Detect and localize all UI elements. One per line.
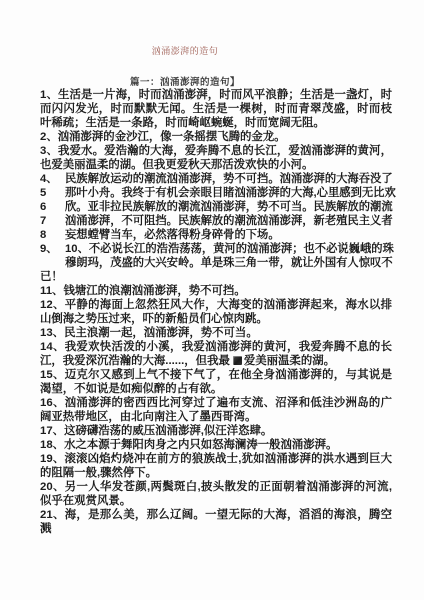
numbered-line-row: 穆朗玛，茂盛的大兴安岭。单是珠三角一带，就让外国有人惊叹不 bbox=[40, 256, 392, 270]
items-group-1: 1、生活是一片海，时而汹涌澎湃，时而风平浪静；生活是一盏灯，时而闪闪发光，时而默… bbox=[40, 88, 392, 172]
numbered-line-block: 4、民族解放运动的潮流汹涌澎湃，势不可挡。汹涌澎湃的大海吞没了5那叶小舟。我终于… bbox=[40, 172, 392, 270]
item-text: 生活是一片海，时而汹涌澎湃，时而风平浪静；生活是一盏灯，时而闪闪发光，时而默默无… bbox=[40, 89, 392, 129]
items-group-2: 11、钱塘江的浪潮汹涌澎湃，势不可挡。12、平静的海面上忽然狂风大作，大海变的汹… bbox=[40, 284, 392, 536]
item-number: 16、 bbox=[40, 397, 65, 409]
row-text: 穆朗玛，茂盛的大兴安岭。单是珠三角一带，就让外国有人惊叹不 bbox=[65, 256, 393, 270]
section-heading: 篇一：汹涌澎湃的造句】 bbox=[0, 74, 370, 88]
item-text: 平静的海面上忽然狂风大作，大海变的汹涌澎湃起来，海水以排山倒海之势压过来，吓的新… bbox=[40, 299, 392, 325]
sentence-item: 17、这磅礴浩荡的威压汹涌澎湃,似汪洋恣肆。 bbox=[40, 424, 392, 438]
item-number: 12、 bbox=[40, 299, 65, 311]
sentence-item: 12、平静的海面上忽然狂风大作，大海变的汹涌澎湃起来，海水以排山倒海之势压过来，… bbox=[40, 298, 392, 326]
row-text: 那叶小舟。我终于有机会亲眼目睹汹涌澎湃的大海,心里感到无比欢 bbox=[65, 186, 396, 200]
sentence-item: 15、迈克尔又感到上气不接下气了，在他全身汹涌澎湃的，与其说是渴望，不如说是如痴… bbox=[40, 368, 392, 396]
row-number: 9、 bbox=[40, 242, 65, 256]
sentence-item: 1、生活是一片海，时而汹涌澎湃，时而风平浪静；生活是一盏灯，时而闪闪发光，时而默… bbox=[40, 88, 392, 130]
sentence-item: 14、我爱欢快活泼的小溪，我爱汹涌澎湃的黄河，我爱奔腾不息的长江，我爱深沉浩瀚的… bbox=[40, 340, 392, 368]
item-number: 17、 bbox=[40, 425, 64, 437]
item-text: 钱塘江的浪潮汹涌澎湃，势不可挡。 bbox=[63, 285, 245, 297]
item-number: 2、 bbox=[40, 131, 58, 143]
numbered-line-row: 9、10、不必说长江的浩浩荡荡，黄河的汹涌澎湃；也不必说巍峨的珠 bbox=[40, 242, 392, 256]
numbered-line-row: 7汹涌澎湃，不可阻挡。民族解放的潮流汹涌澎湃，新老殖民主义者 bbox=[40, 214, 392, 228]
row-text: 10、不必说长江的浩浩荡荡，黄河的汹涌澎湃；也不必说巍峨的珠 bbox=[65, 242, 394, 256]
item-number: 11、 bbox=[40, 285, 63, 297]
item-text: 迈克尔又感到上气不接下气了，在他全身汹涌澎湃的，与其说是渴望，不如说是如痴似醉的… bbox=[40, 369, 392, 395]
sentence-item: 20、另一人华发苍颜,两鬓斑白,披头散发的正面朝着汹涌澎湃的河流,似乎在观赏风景… bbox=[40, 480, 392, 508]
document-header: 汹涌澎湃的造句 篇一：汹涌澎湃的造句】 bbox=[0, 0, 370, 88]
tail-line: 已！ bbox=[40, 270, 392, 284]
item-number: 13、 bbox=[40, 327, 64, 339]
row-number: 7 bbox=[40, 214, 65, 228]
row-text: 汹涌澎湃，不可阻挡。民族解放的潮流汹涌澎湃，新老殖民主义者 bbox=[65, 214, 393, 228]
item-number: 1、 bbox=[40, 89, 58, 101]
item-number: 15、 bbox=[40, 369, 65, 381]
item-number: 19、 bbox=[40, 453, 64, 465]
item-text: 这磅礴浩荡的威压汹涌澎湃,似汪洋恣肆。 bbox=[64, 425, 272, 437]
item-number: 21、 bbox=[40, 509, 65, 521]
sentence-item: 16、汹涌澎湃的密西西比河穿过了遍布支流、沼泽和低洼沙洲岛的广阔亚热带地区，由北… bbox=[40, 396, 392, 424]
item-number: 20、 bbox=[40, 481, 65, 493]
item-text: 另一人华发苍颜,两鬓斑白,披头散发的正面朝着汹涌澎湃的河流,似乎在观赏风景。 bbox=[40, 481, 392, 507]
item-number: 14、 bbox=[40, 341, 65, 353]
numbered-line-row: 5那叶小舟。我终于有机会亲眼目睹汹涌澎湃的大海,心里感到无比欢 bbox=[40, 186, 392, 200]
item-text: 滚滚凶焰灼烧冲在前方的狼族战士,犹如汹涌澎湃的洪水遇到巨大的阻隔一般,骤然停下。 bbox=[40, 453, 392, 479]
sentence-item: 21、海，是那么美，那么辽阔。一望无际的大海，滔滔的海浪，腾空溅 bbox=[40, 508, 392, 536]
item-number: 3、 bbox=[40, 145, 58, 157]
row-number: 5 bbox=[40, 186, 65, 200]
sentence-item: 2、汹涌澎湃的金沙江，像一条摇摆飞腾的金龙。 bbox=[40, 130, 392, 144]
row-text: 妄想螳臂当车，必然落得粉身碎骨的下场。 bbox=[65, 228, 392, 242]
item-number: 18、 bbox=[40, 439, 64, 451]
numbered-line-row: 4、民族解放运动的潮流汹涌澎湃，势不可挡。汹涌澎湃的大海吞没了 bbox=[40, 172, 392, 186]
item-text-after-icon: 爱美丽温柔的湖。 bbox=[244, 355, 335, 367]
row-number: 6 bbox=[40, 200, 65, 214]
document-page: 汹涌澎湃的造句 篇一：汹涌澎湃的造句】 1、生活是一片海，时而汹涌澎湃，时而风平… bbox=[0, 0, 424, 600]
row-text: 民族解放运动的潮流汹涌澎湃，势不可挡。汹涌澎湃的大海吞没了 bbox=[65, 172, 393, 186]
doc-title: 汹涌澎湃的造句 bbox=[0, 0, 370, 57]
item-text: 民主浪潮一起，汹涌澎湃，势不可当。 bbox=[64, 327, 258, 339]
item-text: 我爱水。爱浩瀚的大海，爱奔腾不息的长江，爱汹涌澎湃的黄河，也爱美丽温柔的湖。但我… bbox=[40, 145, 392, 171]
row-text: 欣。亚非拉民族解放的潮流汹涌澎湃，势不可当。民族解放的潮流 bbox=[65, 200, 393, 214]
doc-body: 1、生活是一片海，时而汹涌澎湃，时而风平浪静；生活是一盏灯，时而闪闪发光，时而默… bbox=[40, 88, 392, 536]
row-number: 8 bbox=[40, 228, 65, 242]
item-text: 水之本源于舞阳肉身之内只如怒海澜涛一般汹涌澎湃。 bbox=[64, 439, 337, 451]
item-text: 汹涌澎湃的密西西比河穿过了遍布支流、沼泽和低洼沙洲岛的广阔亚热带地区，由北向南注… bbox=[40, 397, 392, 423]
item-text: 汹涌澎湃的金沙江，像一条摇摆飞腾的金龙。 bbox=[58, 131, 286, 143]
numbered-line-row: 8妄想螳臂当车，必然落得粉身碎骨的下场。 bbox=[40, 228, 392, 242]
item-text: 我爱欢快活泼的小溪，我爱汹涌澎湃的黄河，我爱奔腾不息的长江，我爱深沉浩瀚的大海.… bbox=[40, 341, 392, 367]
sentence-item: 3、我爱水。爱浩瀚的大海，爱奔腾不息的长江，爱汹涌澎湃的黄河，也爱美丽温柔的湖。… bbox=[40, 144, 392, 172]
sentence-item: 11、钱塘江的浪潮汹涌澎湃，势不可挡。 bbox=[40, 284, 392, 298]
numbered-line-row: 6欣。亚非拉民族解放的潮流汹涌澎湃，势不可当。民族解放的潮流 bbox=[40, 200, 392, 214]
item-text: 海，是那么美，那么辽阔。一望无际的大海，滔滔的海浪，腾空溅 bbox=[40, 509, 392, 535]
row-number bbox=[40, 256, 65, 270]
sentence-item: 19、滚滚凶焰灼烧冲在前方的狼族战士,犹如汹涌澎湃的洪水遇到巨大的阻隔一般,骤然… bbox=[40, 452, 392, 480]
sentence-item: 13、民主浪潮一起，汹涌澎湃，势不可当。 bbox=[40, 326, 392, 340]
sentence-item: 18、水之本源于舞阳肉身之内只如怒海澜涛一般汹涌澎湃。 bbox=[40, 438, 392, 452]
broken-inline-image-icon bbox=[233, 356, 242, 365]
row-number: 4、 bbox=[40, 172, 65, 186]
